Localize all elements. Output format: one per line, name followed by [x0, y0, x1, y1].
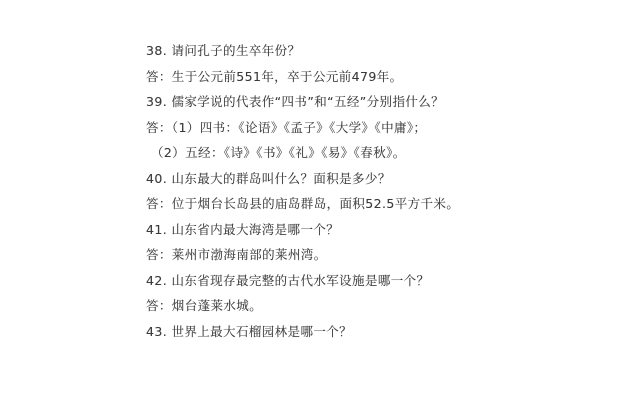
question-line: 40. 山东最大的群岛叫什么？面积是多少？ — [146, 166, 600, 192]
question-line: 41. 山东省内最大海湾是哪一个？ — [146, 217, 600, 243]
qa-document: 38. 请问孔子的生卒年份？ 答：生于公元前551年，卒于公元前479年。 39… — [146, 38, 600, 344]
answer-line: 答：烟台蓬莱水城。 — [146, 293, 600, 319]
answer-line: （2）五经：《诗》《书》《礼》《易》《春秋》。 — [146, 140, 600, 166]
answer-line: 答：莱州市渤海南部的莱州湾。 — [146, 242, 600, 268]
answer-line: 答：生于公元前551年，卒于公元前479年。 — [146, 64, 600, 90]
question-line: 42. 山东省现存最完整的古代水军设施是哪一个？ — [146, 268, 600, 294]
question-line: 38. 请问孔子的生卒年份？ — [146, 38, 600, 64]
question-line: 39. 儒家学说的代表作“四书”和“五经”分别指什么？ — [146, 89, 600, 115]
answer-line: 答：位于烟台长岛县的庙岛群岛，面积52.5平方千米。 — [146, 191, 600, 217]
question-line: 43. 世界上最大石榴园林是哪一个？ — [146, 319, 600, 345]
document-page: 38. 请问孔子的生卒年份？ 答：生于公元前551年，卒于公元前479年。 39… — [0, 0, 640, 400]
answer-line: 答：（1）四书：《论语》《孟子》《大学》《中庸》； — [146, 115, 600, 141]
